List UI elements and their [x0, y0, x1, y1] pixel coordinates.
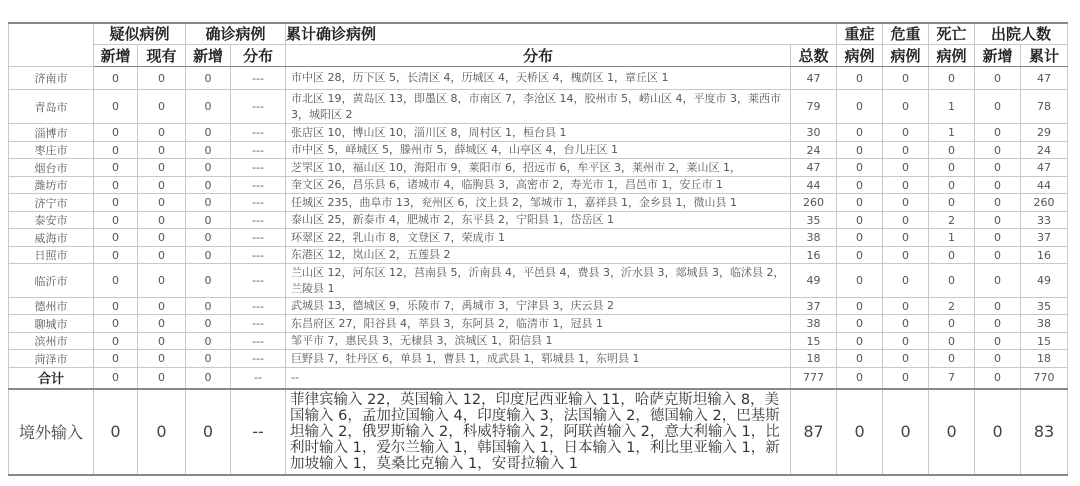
cell-conf-dist: --- [231, 212, 286, 229]
cell-susp-current: 0 [138, 212, 186, 229]
cell-conf-dist: --- [231, 90, 286, 124]
cell-critical: 0 [883, 212, 929, 229]
cell-conf-dist: --- [231, 142, 286, 159]
cell-critical: 0 [883, 124, 929, 142]
cell-dis-total: 47 [1021, 159, 1068, 177]
cell-susp-new: 0 [94, 350, 138, 368]
cell-severe: 0 [837, 333, 883, 350]
cell-susp-new: 0 [94, 389, 138, 475]
header-row-1: 疑似病例 确诊病例 累计确诊病例 重症 危重 死亡 出院人数 [9, 23, 1068, 45]
cell-conf-dist: --- [231, 264, 286, 298]
cell-total: 30 [791, 124, 837, 142]
cell-severe: 0 [837, 315, 883, 333]
cell-susp-current: 0 [138, 315, 186, 333]
cell-total: 38 [791, 229, 837, 247]
table-row: 威海市000---环翠区 22，乳山市 8，文登区 7，荣成市 13800103… [9, 229, 1068, 247]
cell-cum-dist: 奎文区 26，昌乐县 6，诸城市 4，临朐县 3，高密市 2，寿光市 1，昌邑市… [286, 177, 791, 194]
header-critical: 危重 [883, 23, 929, 45]
cell-dis-new: 0 [975, 142, 1021, 159]
header-susp-current: 现有 [138, 45, 186, 67]
cell-susp-new: 0 [94, 159, 138, 177]
cell-cum-dist: 东港区 12，岚山区 2，五莲县 2 [286, 247, 791, 264]
cell-severe: 0 [837, 212, 883, 229]
cell-name: 菏泽市 [9, 350, 94, 368]
cell-dis-total: 770 [1021, 368, 1068, 389]
cell-susp-current: 0 [138, 67, 186, 90]
cell-dis-total: 16 [1021, 247, 1068, 264]
header-suspected: 疑似病例 [94, 23, 186, 45]
cell-total: 15 [791, 333, 837, 350]
cell-susp-new: 0 [94, 264, 138, 298]
cell-total: 18 [791, 350, 837, 368]
cell-cum-dist: 武城县 13，德城区 9，乐陵市 7，禹城市 3，宁津县 3，庆云县 2 [286, 298, 791, 315]
cell-conf-dist: --- [231, 333, 286, 350]
cell-susp-current: 0 [138, 389, 186, 475]
cell-critical: 0 [883, 264, 929, 298]
cell-name: 济南市 [9, 67, 94, 90]
cell-total: 47 [791, 159, 837, 177]
cell-dis-total: 47 [1021, 67, 1068, 90]
cell-severe: 0 [837, 229, 883, 247]
cell-dis-new: 0 [975, 333, 1021, 350]
cell-critical: 0 [883, 368, 929, 389]
cell-death: 0 [929, 350, 975, 368]
cell-severe: 0 [837, 368, 883, 389]
cell-conf-dist: --- [231, 67, 286, 90]
cell-cum-dist: -- [286, 368, 791, 389]
cell-dis-new: 0 [975, 350, 1021, 368]
table-row: 淄博市000---张店区 10，博山区 10，淄川区 8，周村区 1，桓台县 1… [9, 124, 1068, 142]
cell-susp-new: 0 [94, 212, 138, 229]
cell-dis-new: 0 [975, 67, 1021, 90]
cell-conf-new: 0 [186, 333, 231, 350]
header-confirmed: 确诊病例 [186, 23, 286, 45]
table-row: 潍坊市000---奎文区 26，昌乐县 6，诸城市 4，临朐县 3，高密市 2，… [9, 177, 1068, 194]
cell-susp-new: 0 [94, 194, 138, 212]
cell-death: 0 [929, 177, 975, 194]
cell-critical: 0 [883, 90, 929, 124]
cell-conf-new: 0 [186, 194, 231, 212]
cell-severe: 0 [837, 247, 883, 264]
cell-susp-new: 0 [94, 333, 138, 350]
table-row: 临沂市000---兰山区 12，河东区 12，莒南县 5，沂南县 4，平邑县 4… [9, 264, 1068, 298]
cell-dis-new: 0 [975, 264, 1021, 298]
cell-total: 79 [791, 90, 837, 124]
cell-dis-total: 78 [1021, 90, 1068, 124]
cell-susp-current: 0 [138, 142, 186, 159]
header-dis-total: 累计 [1021, 45, 1068, 67]
cell-conf-new: 0 [186, 350, 231, 368]
table-row: 济宁市000---任城区 235，曲阜市 13，兖州区 6，汶上县 2，邹城市 … [9, 194, 1068, 212]
header-conf-new: 新增 [186, 45, 231, 67]
cell-dis-total: 49 [1021, 264, 1068, 298]
cell-susp-new: 0 [94, 315, 138, 333]
cell-cum-dist: 兰山区 12，河东区 12，莒南县 5，沂南县 4，平邑县 4，费县 3，沂水县… [286, 264, 791, 298]
cell-death: 1 [929, 124, 975, 142]
header-death-cases: 病例 [929, 45, 975, 67]
cell-conf-new: 0 [186, 142, 231, 159]
cell-dis-total: 260 [1021, 194, 1068, 212]
header-dis-new: 新增 [975, 45, 1021, 67]
cell-severe: 0 [837, 177, 883, 194]
covid-cases-table: 疑似病例 确诊病例 累计确诊病例 重症 危重 死亡 出院人数 新增 现有 新增 … [8, 22, 1068, 476]
cell-death: 0 [929, 142, 975, 159]
cell-susp-new: 0 [94, 142, 138, 159]
cell-dis-total: 29 [1021, 124, 1068, 142]
cell-cum-dist: 巨野县 7，牡丹区 6，单县 1，曹县 1，成武县 1，郓城县 1，东明县 1 [286, 350, 791, 368]
cell-name: 境外输入 [9, 389, 94, 475]
cell-critical: 0 [883, 142, 929, 159]
cell-total: 35 [791, 212, 837, 229]
cell-conf-dist: --- [231, 159, 286, 177]
table-row: 青岛市000---市北区 19，黄岛区 13，即墨区 8，市南区 7，李沧区 1… [9, 90, 1068, 124]
cell-conf-dist: -- [231, 368, 286, 389]
cell-critical: 0 [883, 159, 929, 177]
header-cumulative: 累计确诊病例 [286, 23, 837, 45]
cell-critical: 0 [883, 389, 929, 475]
cell-severe: 0 [837, 124, 883, 142]
cell-susp-current: 0 [138, 124, 186, 142]
cell-susp-new: 0 [94, 67, 138, 90]
cell-susp-current: 0 [138, 177, 186, 194]
table-row: 聊城市000---东昌府区 27，阳谷县 4，莘县 3，东阿县 2，临清市 1，… [9, 315, 1068, 333]
cell-name: 济宁市 [9, 194, 94, 212]
cell-severe: 0 [837, 90, 883, 124]
cell-death: 0 [929, 389, 975, 475]
cell-death: 7 [929, 368, 975, 389]
cell-critical: 0 [883, 247, 929, 264]
cell-susp-current: 0 [138, 333, 186, 350]
header-discharged: 出院人数 [975, 23, 1068, 45]
header-region [9, 23, 94, 67]
cell-susp-current: 0 [138, 350, 186, 368]
cell-cum-dist: 菲律宾输入 22，英国输入 12，印度尼西亚输入 11，哈萨克斯坦输入 8，美国… [286, 389, 791, 475]
cell-name: 合计 [9, 368, 94, 389]
cell-susp-current: 0 [138, 229, 186, 247]
cell-dis-new: 0 [975, 315, 1021, 333]
cell-cum-dist: 邹平市 7，惠民县 3，无棣县 3，滨城区 1，阳信县 1 [286, 333, 791, 350]
cell-dis-new: 0 [975, 389, 1021, 475]
table-row: 枣庄市000---市中区 5，峄城区 5，滕州市 5，薛城区 4，山亭区 4，台… [9, 142, 1068, 159]
cell-dis-total: 35 [1021, 298, 1068, 315]
cell-susp-new: 0 [94, 124, 138, 142]
cell-conf-new: 0 [186, 90, 231, 124]
cell-susp-current: 0 [138, 368, 186, 389]
cell-dis-total: 15 [1021, 333, 1068, 350]
header-cum-total: 总数 [791, 45, 837, 67]
cell-dis-new: 0 [975, 229, 1021, 247]
cell-conf-new: 0 [186, 264, 231, 298]
cell-death: 1 [929, 229, 975, 247]
cell-susp-new: 0 [94, 229, 138, 247]
cell-severe: 0 [837, 389, 883, 475]
cell-critical: 0 [883, 67, 929, 90]
cell-total: 777 [791, 368, 837, 389]
cell-susp-new: 0 [94, 298, 138, 315]
cell-dis-total: 24 [1021, 142, 1068, 159]
cell-conf-new: 0 [186, 315, 231, 333]
cell-dis-total: 18 [1021, 350, 1068, 368]
cell-conf-new: 0 [186, 67, 231, 90]
table-row: 济南市000---市中区 28，历下区 5，长清区 4，历城区 4，天桥区 4，… [9, 67, 1068, 90]
header-severe-cases: 病例 [837, 45, 883, 67]
cell-dis-total: 44 [1021, 177, 1068, 194]
cell-susp-new: 0 [94, 368, 138, 389]
cell-dis-total: 37 [1021, 229, 1068, 247]
table-row: 泰安市000---泰山区 25，新泰市 4，肥城市 2，东平县 2，宁阳县 1，… [9, 212, 1068, 229]
cell-name: 日照市 [9, 247, 94, 264]
cell-dis-new: 0 [975, 159, 1021, 177]
header-conf-dist: 分布 [231, 45, 286, 67]
cell-death: 0 [929, 264, 975, 298]
cell-conf-dist: --- [231, 350, 286, 368]
cell-conf-new: 0 [186, 389, 231, 475]
cell-dis-total: 33 [1021, 212, 1068, 229]
cell-dis-new: 0 [975, 177, 1021, 194]
header-row-2: 新增 现有 新增 分布 分布 总数 病例 病例 病例 新增 累计 [9, 45, 1068, 67]
cell-total: 47 [791, 67, 837, 90]
cell-name: 滨州市 [9, 333, 94, 350]
cell-susp-new: 0 [94, 177, 138, 194]
cell-susp-current: 0 [138, 90, 186, 124]
cell-death: 0 [929, 67, 975, 90]
table-row: 日照市000---东港区 12，岚山区 2，五莲县 216000016 [9, 247, 1068, 264]
cell-death: 0 [929, 159, 975, 177]
cell-total: 38 [791, 315, 837, 333]
cell-cum-dist: 芝罘区 10，福山区 10，海阳市 9，莱阳市 6，招远市 6，牟平区 3，莱州… [286, 159, 791, 177]
cell-cum-dist: 环翠区 22，乳山市 8，文登区 7，荣成市 1 [286, 229, 791, 247]
cell-susp-new: 0 [94, 247, 138, 264]
cell-total: 24 [791, 142, 837, 159]
header-cum-dist: 分布 [286, 45, 791, 67]
cell-conf-dist: --- [231, 177, 286, 194]
cell-conf-new: 0 [186, 247, 231, 264]
cell-name: 枣庄市 [9, 142, 94, 159]
cell-conf-dist: --- [231, 124, 286, 142]
cell-name: 烟台市 [9, 159, 94, 177]
cell-critical: 0 [883, 333, 929, 350]
cell-dis-new: 0 [975, 212, 1021, 229]
cell-conf-new: 0 [186, 368, 231, 389]
cell-name: 德州市 [9, 298, 94, 315]
header-severe: 重症 [837, 23, 883, 45]
cell-severe: 0 [837, 142, 883, 159]
cell-name: 潍坊市 [9, 177, 94, 194]
cell-total: 49 [791, 264, 837, 298]
cell-critical: 0 [883, 177, 929, 194]
cell-name: 青岛市 [9, 90, 94, 124]
cell-death: 0 [929, 247, 975, 264]
cell-total: 44 [791, 177, 837, 194]
cell-dis-new: 0 [975, 90, 1021, 124]
table-row: 菏泽市000---巨野县 7，牡丹区 6，单县 1，曹县 1，成武县 1，郓城县… [9, 350, 1068, 368]
cell-name: 淄博市 [9, 124, 94, 142]
cell-conf-dist: --- [231, 298, 286, 315]
cell-death: 0 [929, 194, 975, 212]
cell-cum-dist: 市北区 19，黄岛区 13，即墨区 8，市南区 7，李沧区 14，胶州市 5，崂… [286, 90, 791, 124]
cell-death: 0 [929, 333, 975, 350]
cell-name: 聊城市 [9, 315, 94, 333]
cell-dis-total: 83 [1021, 389, 1068, 475]
cell-critical: 0 [883, 315, 929, 333]
cell-severe: 0 [837, 350, 883, 368]
cell-susp-current: 0 [138, 264, 186, 298]
cell-name: 威海市 [9, 229, 94, 247]
cell-critical: 0 [883, 194, 929, 212]
cell-conf-dist: --- [231, 315, 286, 333]
cell-conf-dist: -- [231, 389, 286, 475]
header-critical-cases: 病例 [883, 45, 929, 67]
cell-severe: 0 [837, 159, 883, 177]
cell-susp-new: 0 [94, 90, 138, 124]
cell-death: 0 [929, 315, 975, 333]
cell-dis-new: 0 [975, 194, 1021, 212]
header-death: 死亡 [929, 23, 975, 45]
cell-susp-current: 0 [138, 298, 186, 315]
cell-total: 260 [791, 194, 837, 212]
table-row: 德州市000---武城县 13，德城区 9，乐陵市 7，禹城市 3，宁津县 3，… [9, 298, 1068, 315]
table-row: 烟台市000---芝罘区 10，福山区 10，海阳市 9，莱阳市 6，招远市 6… [9, 159, 1068, 177]
cell-conf-dist: --- [231, 247, 286, 264]
cell-cum-dist: 市中区 5，峄城区 5，滕州市 5，薛城区 4，山亭区 4，台儿庄区 1 [286, 142, 791, 159]
cell-susp-current: 0 [138, 159, 186, 177]
total-row: 合计000----7770070770 [9, 368, 1068, 389]
cell-critical: 0 [883, 298, 929, 315]
cell-total: 16 [791, 247, 837, 264]
cell-total: 87 [791, 389, 837, 475]
cell-death: 2 [929, 212, 975, 229]
cell-conf-new: 0 [186, 159, 231, 177]
table-row: 滨州市000---邹平市 7，惠民县 3，无棣县 3，滨城区 1，阳信县 115… [9, 333, 1068, 350]
cell-critical: 0 [883, 229, 929, 247]
cell-conf-new: 0 [186, 124, 231, 142]
cell-conf-dist: --- [231, 194, 286, 212]
cell-cum-dist: 市中区 28，历下区 5，长清区 4，历城区 4，天桥区 4，槐荫区 1，章丘区… [286, 67, 791, 90]
cell-dis-new: 0 [975, 124, 1021, 142]
cell-cum-dist: 张店区 10，博山区 10，淄川区 8，周村区 1，桓台县 1 [286, 124, 791, 142]
cell-susp-current: 0 [138, 194, 186, 212]
cell-conf-new: 0 [186, 177, 231, 194]
cell-dis-new: 0 [975, 247, 1021, 264]
cell-conf-new: 0 [186, 298, 231, 315]
cell-dis-total: 38 [1021, 315, 1068, 333]
cell-conf-dist: --- [231, 229, 286, 247]
cell-total: 37 [791, 298, 837, 315]
cell-name: 临沂市 [9, 264, 94, 298]
cell-cum-dist: 东昌府区 27，阳谷县 4，莘县 3，东阿县 2，临清市 1，冠县 1 [286, 315, 791, 333]
cell-severe: 0 [837, 194, 883, 212]
cell-death: 2 [929, 298, 975, 315]
cell-critical: 0 [883, 350, 929, 368]
cell-dis-new: 0 [975, 298, 1021, 315]
cell-conf-new: 0 [186, 212, 231, 229]
cell-cum-dist: 任城区 235，曲阜市 13，兖州区 6，汶上县 2，邹城市 1，嘉祥县 1，金… [286, 194, 791, 212]
cell-severe: 0 [837, 264, 883, 298]
imported-row: 境外输入000--菲律宾输入 22，英国输入 12，印度尼西亚输入 11，哈萨克… [9, 389, 1068, 475]
cell-severe: 0 [837, 67, 883, 90]
cell-conf-new: 0 [186, 229, 231, 247]
cell-name: 泰安市 [9, 212, 94, 229]
cell-susp-current: 0 [138, 247, 186, 264]
cell-dis-new: 0 [975, 368, 1021, 389]
header-susp-new: 新增 [94, 45, 138, 67]
cell-death: 1 [929, 90, 975, 124]
cell-severe: 0 [837, 298, 883, 315]
cell-cum-dist: 泰山区 25，新泰市 4，肥城市 2，东平县 2，宁阳县 1，岱岳区 1 [286, 212, 791, 229]
